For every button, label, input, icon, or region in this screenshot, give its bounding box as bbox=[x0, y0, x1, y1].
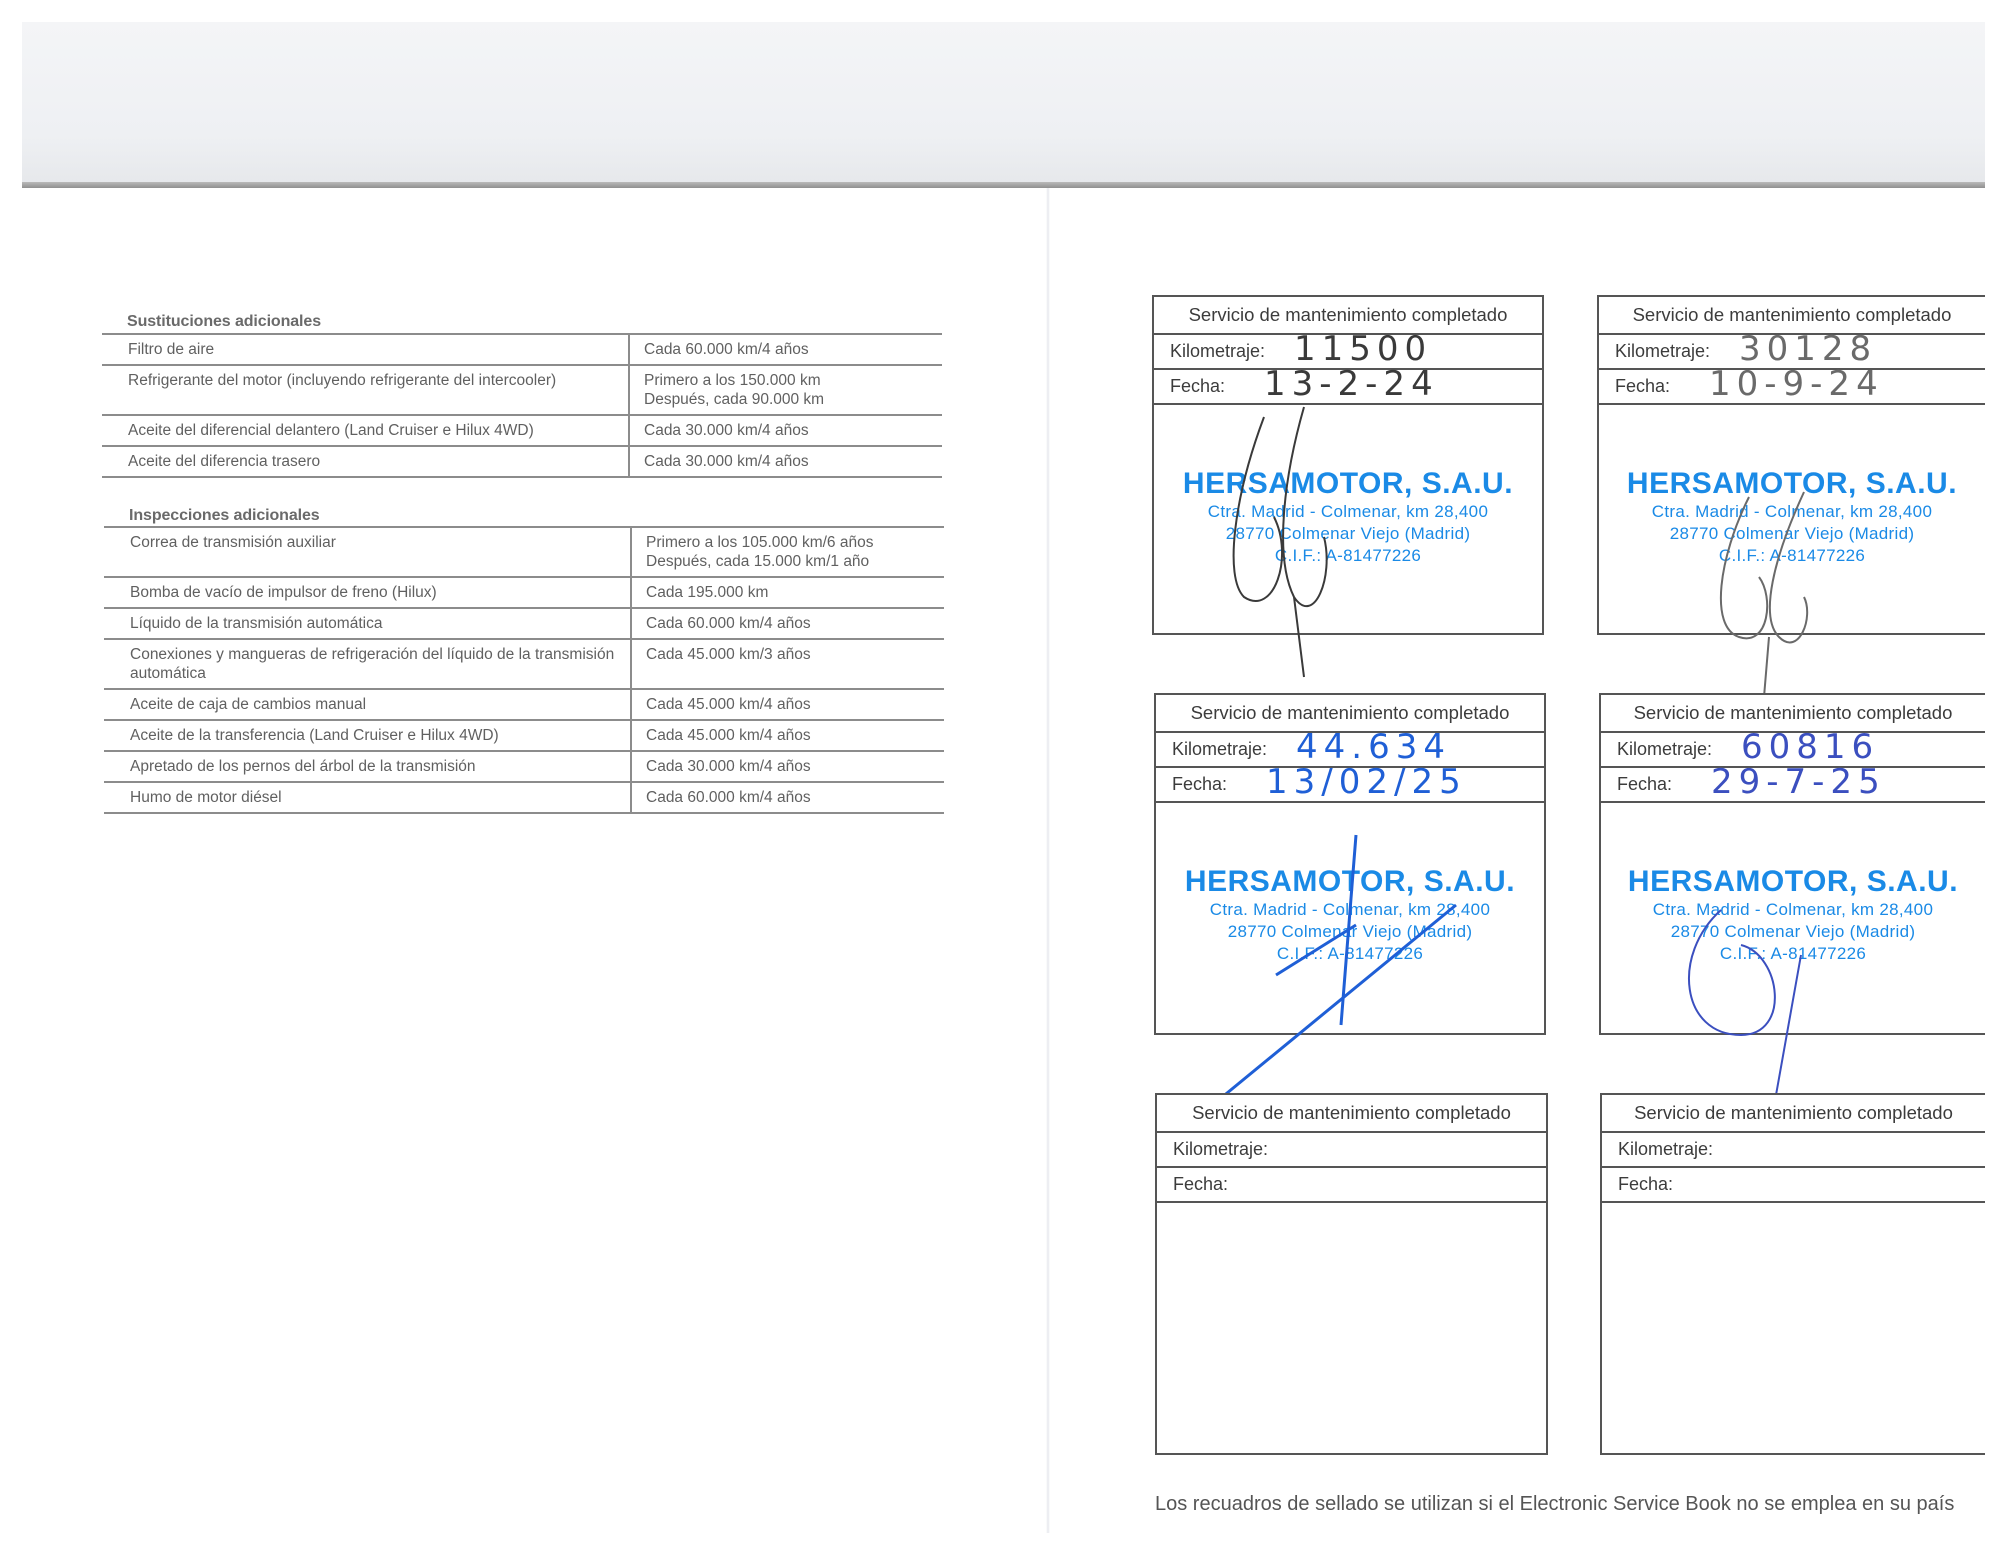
maintenance-interval: Cada 30.000 km/4 años bbox=[630, 447, 942, 476]
dealer-cif: C.I.F.: A-81477226 bbox=[1154, 545, 1542, 567]
dealer-stamp: HERSAMOTOR, S.A.U.Ctra. Madrid - Colmena… bbox=[1601, 865, 1985, 965]
service-stamp-box: Servicio de mantenimiento completadoKilo… bbox=[1154, 693, 1546, 1035]
service-stamp-box: Servicio de mantenimiento completadoKilo… bbox=[1155, 1093, 1548, 1455]
date-field-handwritten-value: 13/02/25 bbox=[1266, 762, 1467, 802]
table-inspecciones: Correa de transmisión auxiliarPrimero a … bbox=[104, 526, 944, 814]
section-title-sustituciones: Sustituciones adicionales bbox=[127, 313, 321, 331]
mileage-field: Kilometraje: bbox=[1157, 1133, 1546, 1168]
dealer-address-line: Ctra. Madrid - Colmenar, km 28,400 bbox=[1156, 899, 1544, 921]
maintenance-interval: Primero a los 105.000 km/6 años Después,… bbox=[632, 528, 944, 576]
footer-note: Los recuadros de sellado se utilizan si … bbox=[1155, 1493, 1985, 1516]
dealer-name: HERSAMOTOR, S.A.U. bbox=[1601, 865, 1985, 899]
date-field-label: Fecha: bbox=[1615, 376, 1670, 396]
maintenance-item: Aceite del diferencia trasero bbox=[102, 447, 630, 476]
table-row: Aceite de la transferencia (Land Cruiser… bbox=[104, 721, 944, 752]
maintenance-interval: Cada 45.000 km/4 años bbox=[632, 721, 944, 750]
dealer-stamp: HERSAMOTOR, S.A.U.Ctra. Madrid - Colmena… bbox=[1599, 467, 1985, 567]
stamp-box-header: Servicio de mantenimiento completado bbox=[1602, 1095, 1985, 1133]
date-field: Fecha:29-7-25 bbox=[1601, 768, 1985, 803]
date-field: Fecha:13/02/25 bbox=[1156, 768, 1544, 803]
maintenance-interval: Cada 45.000 km/3 años bbox=[632, 640, 944, 688]
book-gutter bbox=[1046, 188, 1050, 1533]
dealer-cif: C.I.F.: A-81477226 bbox=[1599, 545, 1985, 567]
mileage-field-label: Kilometraje: bbox=[1173, 1139, 1268, 1159]
mileage-field-label: Kilometraje: bbox=[1615, 341, 1710, 361]
maintenance-item: Apretado de los pernos del árbol de la t… bbox=[104, 752, 632, 781]
table-sustituciones: Filtro de aireCada 60.000 km/4 añosRefri… bbox=[102, 333, 942, 478]
maintenance-interval: Cada 45.000 km/4 años bbox=[632, 690, 944, 719]
service-stamp-box: Servicio de mantenimiento completadoKilo… bbox=[1152, 295, 1544, 635]
mileage-field: Kilometraje: bbox=[1602, 1133, 1985, 1168]
date-field-handwritten-value: 29-7-25 bbox=[1711, 762, 1886, 802]
maintenance-interval: Cada 60.000 km/4 años bbox=[632, 609, 944, 638]
maintenance-interval: Cada 30.000 km/4 años bbox=[630, 416, 942, 445]
maintenance-item: Filtro de aire bbox=[102, 335, 630, 364]
date-field-label: Fecha: bbox=[1617, 774, 1672, 794]
maintenance-item: Humo de motor diésel bbox=[104, 783, 632, 812]
table-row: Aceite del diferencia traseroCada 30.000… bbox=[102, 447, 942, 478]
date-field-handwritten-value: 10-9-24 bbox=[1709, 364, 1884, 404]
maintenance-item: Aceite de caja de cambios manual bbox=[104, 690, 632, 719]
table-row: Correa de transmisión auxiliarPrimero a … bbox=[104, 528, 944, 578]
dealer-name: HERSAMOTOR, S.A.U. bbox=[1156, 865, 1544, 899]
maintenance-item: Bomba de vacío de impulsor de freno (Hil… bbox=[104, 578, 632, 607]
service-stamp-box: Servicio de mantenimiento completadoKilo… bbox=[1597, 295, 1985, 635]
maintenance-interval: Cada 60.000 km/4 años bbox=[630, 335, 942, 364]
maintenance-item: Correa de transmisión auxiliar bbox=[104, 528, 632, 576]
date-field: Fecha: bbox=[1157, 1168, 1546, 1203]
maintenance-item: Conexiones y mangueras de refrigeración … bbox=[104, 640, 632, 688]
dealer-address-line: Ctra. Madrid - Colmenar, km 28,400 bbox=[1599, 501, 1985, 523]
mileage-field-handwritten-value: 30128 bbox=[1739, 329, 1877, 369]
dealer-address-line: 28770 Colmenar Viejo (Madrid) bbox=[1156, 921, 1544, 943]
maintenance-interval: Cada 60.000 km/4 años bbox=[632, 783, 944, 812]
date-field-label: Fecha: bbox=[1173, 1174, 1228, 1194]
date-field: Fecha: bbox=[1602, 1168, 1985, 1203]
table-row: Conexiones y mangueras de refrigeración … bbox=[104, 640, 944, 690]
section-title-inspecciones: Inspecciones adicionales bbox=[129, 507, 320, 525]
mileage-field-label: Kilometraje: bbox=[1617, 739, 1712, 759]
maintenance-interval: Cada 30.000 km/4 años bbox=[632, 752, 944, 781]
dealer-cif: C.I.F.: A-81477226 bbox=[1156, 943, 1544, 965]
mileage-field-label: Kilometraje: bbox=[1172, 739, 1267, 759]
date-field: Fecha:10-9-24 bbox=[1599, 370, 1985, 405]
dealer-name: HERSAMOTOR, S.A.U. bbox=[1154, 467, 1542, 501]
table-row: Filtro de aireCada 60.000 km/4 años bbox=[102, 335, 942, 366]
table-row: Apretado de los pernos del árbol de la t… bbox=[104, 752, 944, 783]
maintenance-item: Aceite de la transferencia (Land Cruiser… bbox=[104, 721, 632, 750]
book-top-edge bbox=[22, 182, 1985, 188]
mileage-field-label: Kilometraje: bbox=[1170, 341, 1265, 361]
dealer-address-line: 28770 Colmenar Viejo (Madrid) bbox=[1154, 523, 1542, 545]
maintenance-item: Refrigerante del motor (incluyendo refri… bbox=[102, 366, 630, 414]
date-field-handwritten-value: 13-2-24 bbox=[1264, 364, 1439, 404]
service-stamp-box: Servicio de mantenimiento completadoKilo… bbox=[1600, 1093, 1985, 1455]
date-field-label: Fecha: bbox=[1618, 1174, 1673, 1194]
maintenance-interval: Cada 195.000 km bbox=[632, 578, 944, 607]
dealer-address-line: 28770 Colmenar Viejo (Madrid) bbox=[1601, 921, 1985, 943]
service-stamp-box: Servicio de mantenimiento completadoKilo… bbox=[1599, 693, 1985, 1035]
stamp-box-header: Servicio de mantenimiento completado bbox=[1157, 1095, 1546, 1133]
scanner-shadow-band bbox=[22, 22, 1985, 184]
maintenance-item: Aceite del diferencial delantero (Land C… bbox=[102, 416, 630, 445]
date-field-label: Fecha: bbox=[1172, 774, 1227, 794]
dealer-address-line: Ctra. Madrid - Colmenar, km 28,400 bbox=[1601, 899, 1985, 921]
date-field-label: Fecha: bbox=[1170, 376, 1225, 396]
table-row: Bomba de vacío de impulsor de freno (Hil… bbox=[104, 578, 944, 609]
date-field: Fecha:13-2-24 bbox=[1154, 370, 1542, 405]
table-row: Líquido de la transmisión automáticaCada… bbox=[104, 609, 944, 640]
table-row: Refrigerante del motor (incluyendo refri… bbox=[102, 366, 942, 416]
mileage-field-handwritten-value: 11500 bbox=[1294, 329, 1432, 369]
dealer-stamp: HERSAMOTOR, S.A.U.Ctra. Madrid - Colmena… bbox=[1156, 865, 1544, 965]
table-row: Humo de motor diéselCada 60.000 km/4 año… bbox=[104, 783, 944, 814]
mileage-field-handwritten-value: 44.634 bbox=[1296, 727, 1451, 767]
dealer-stamp: HERSAMOTOR, S.A.U.Ctra. Madrid - Colmena… bbox=[1154, 467, 1542, 567]
dealer-cif: C.I.F.: A-81477226 bbox=[1601, 943, 1985, 965]
dealer-address-line: Ctra. Madrid - Colmenar, km 28,400 bbox=[1154, 501, 1542, 523]
mileage-field-label: Kilometraje: bbox=[1618, 1139, 1713, 1159]
dealer-address-line: 28770 Colmenar Viejo (Madrid) bbox=[1599, 523, 1985, 545]
maintenance-interval: Primero a los 150.000 km Después, cada 9… bbox=[630, 366, 942, 414]
maintenance-item: Líquido de la transmisión automática bbox=[104, 609, 632, 638]
table-row: Aceite de caja de cambios manualCada 45.… bbox=[104, 690, 944, 721]
dealer-name: HERSAMOTOR, S.A.U. bbox=[1599, 467, 1985, 501]
mileage-field-handwritten-value: 60816 bbox=[1741, 727, 1879, 767]
table-row: Aceite del diferencial delantero (Land C… bbox=[102, 416, 942, 447]
